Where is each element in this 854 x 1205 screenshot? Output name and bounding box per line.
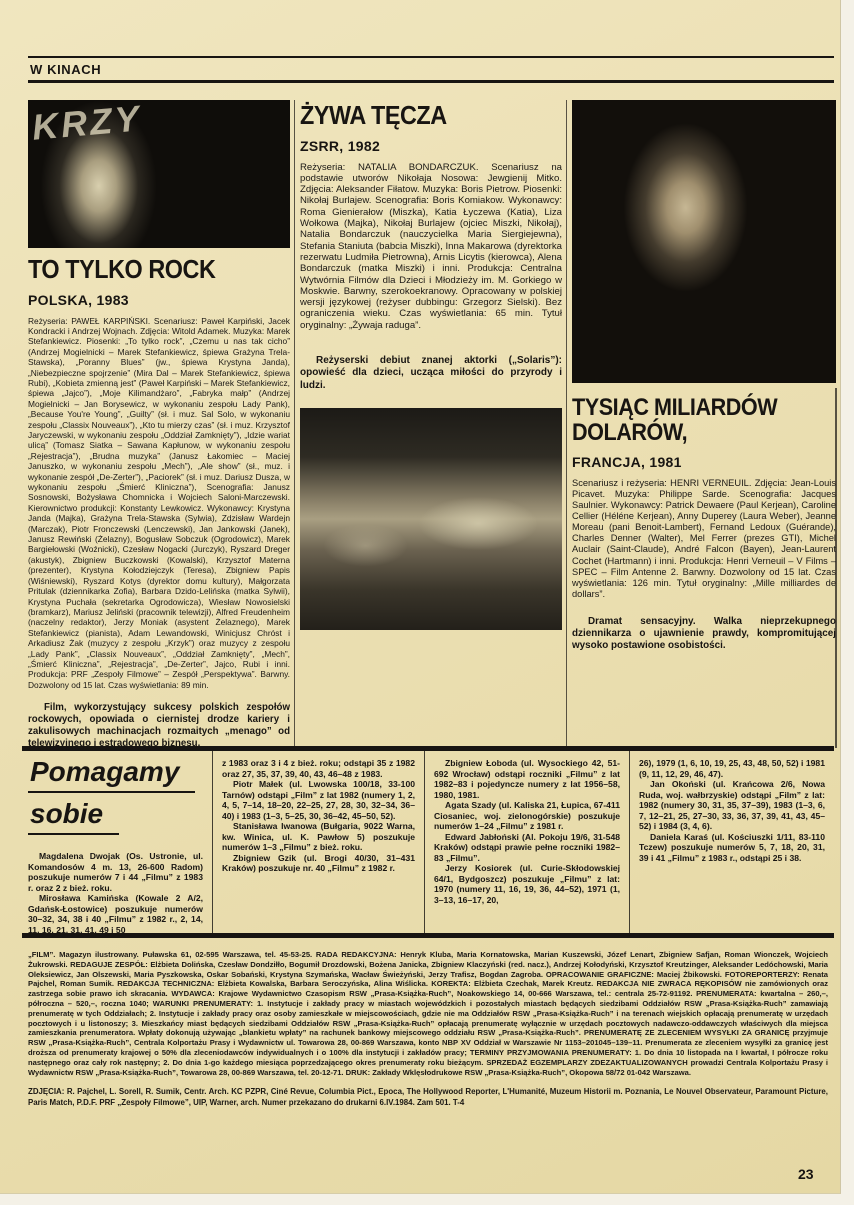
classifieds-column-3: Zbigniew Łoboda (ul. Wysockiego 42, 51-6… bbox=[424, 751, 629, 933]
title-line-2: DOLARÓW, bbox=[572, 419, 687, 446]
article-country-year: FRANCJA, 1981 bbox=[572, 454, 836, 470]
classified-entry: z 1983 oraz 3 i 4 z bież. roku; odstąpi … bbox=[222, 758, 415, 779]
classified-entry: Stanisława Iwanowa (Bułgaria, 9022 Warna… bbox=[222, 821, 415, 853]
section-kicker: W KINACH bbox=[28, 58, 834, 80]
article-summary: Film, wykorzystujący sukcesy polskich ze… bbox=[28, 702, 290, 748]
article-credits: Scenariusz i reżyseria: HENRI VERNEUIL. … bbox=[572, 478, 836, 600]
article-credits: Reżyseria: NATALIA BONDARCZUK. Scenarius… bbox=[300, 162, 562, 331]
classified-entry: Jerzy Kosiorek (ul. Curie-Skłodowskiej 6… bbox=[434, 863, 620, 905]
article-title: ŻYWA TĘCZA bbox=[300, 102, 447, 130]
column-divider bbox=[294, 100, 295, 748]
article-credits: Reżyseria: PAWEŁ KARPIŃSKI. Scenariusz: … bbox=[28, 316, 290, 691]
article-zywa-tecza: ŻYWA TĘCZA ZSRR, 1982 Reżyseria: NATALIA… bbox=[300, 100, 562, 748]
pomagamy-sobie-section: Pomagamy sobie Magdalena Dwojak (Os. Ust… bbox=[22, 746, 834, 938]
page-number: 23 bbox=[798, 1166, 814, 1182]
logo-word-sobie: sobie bbox=[28, 800, 119, 835]
photo-graffiti-text: KRZY bbox=[30, 100, 143, 149]
article-title: TO TYLKO ROCK bbox=[28, 256, 215, 284]
magazine-page: W KINACH KRZY TO TYLKO ROCK POLSKA, 1983… bbox=[0, 0, 841, 1194]
classified-entry: Daniela Karaś (ul. Kościuszki 1/11, 83-1… bbox=[639, 832, 825, 864]
article-to-tylko-rock: KRZY TO TYLKO ROCK POLSKA, 1983 Reżyseri… bbox=[28, 100, 290, 748]
classified-entry: Magdalena Dwojak (Os. Ustronie, ul. Koma… bbox=[28, 851, 203, 893]
classified-entry: Zbigniew Łoboda (ul. Wysockiego 42, 51-6… bbox=[434, 758, 620, 800]
classified-entry: Piotr Małek (ul. Lwowska 100/18, 33-100 … bbox=[222, 779, 415, 821]
logo-word-pomagamy: Pomagamy bbox=[28, 758, 195, 793]
classified-entry: Edward Jabłoński (Al. Pokoju 19/6, 31-54… bbox=[434, 832, 620, 864]
classifieds-column-4: 26), 1979 (1, 6, 10, 19, 25, 43, 48, 50,… bbox=[629, 751, 834, 933]
column-divider bbox=[566, 100, 567, 748]
film-still-to-tylko-rock: KRZY bbox=[28, 100, 290, 248]
article-country-year: POLSKA, 1983 bbox=[28, 292, 290, 308]
article-summary: Dramat sensacyjny. Walka nieprzekupnego … bbox=[572, 616, 836, 652]
classifieds-column-2: z 1983 oraz 3 i 4 z bież. roku; odstąpi … bbox=[212, 751, 424, 933]
classified-entry: Zbigniew Gzik (ul. Brogi 40/30, 31–431 K… bbox=[222, 853, 415, 874]
title-line-1: TYSIĄC MILIARDÓW bbox=[572, 394, 777, 421]
classified-entry: 26), 1979 (1, 6, 10, 19, 25, 43, 48, 50,… bbox=[639, 758, 825, 779]
photo-credits-text: ZDJĘCIA: R. Pajchel, L. Sorell, R. Sumik… bbox=[28, 1087, 828, 1107]
film-still-zywa-tecza bbox=[300, 408, 562, 630]
article-summary: Reżyserski debiut znanej aktorki („Solar… bbox=[300, 355, 562, 392]
header-rule-bottom bbox=[28, 80, 834, 83]
classified-entry: Jan Okoński (ul. Krańcowa 2/6, Nowa Ruda… bbox=[639, 779, 825, 832]
classified-entry: Agata Szady (ul. Kaliska 21, Łupica, 67-… bbox=[434, 800, 620, 832]
pomagamy-sobie-logo: Pomagamy sobie bbox=[28, 758, 203, 842]
articles-section: KRZY TO TYLKO ROCK POLSKA, 1983 Reżyseri… bbox=[28, 100, 836, 748]
masthead-text: „FILM”. Magazyn ilustrowany. Puławska 61… bbox=[28, 950, 828, 1077]
article-tysiac-miliardow-dolarow: TYSIĄC MILIARDÓWDOLARÓW, FRANCJA, 1981 S… bbox=[572, 100, 836, 748]
masthead-footer: „FILM”. Magazyn ilustrowany. Puławska 61… bbox=[28, 950, 828, 1108]
classifieds-column-1: Pomagamy sobie Magdalena Dwojak (Os. Ust… bbox=[22, 751, 212, 933]
article-title: TYSIĄC MILIARDÓWDOLARÓW, bbox=[572, 395, 777, 446]
section-header: W KINACH bbox=[28, 56, 834, 83]
article-country-year: ZSRR, 1982 bbox=[300, 138, 562, 154]
film-still-tysiac-miliardow bbox=[572, 100, 836, 383]
classified-entry: Mirosława Kamińska (Kowale 2 A/2, Gdańsk… bbox=[28, 893, 203, 933]
